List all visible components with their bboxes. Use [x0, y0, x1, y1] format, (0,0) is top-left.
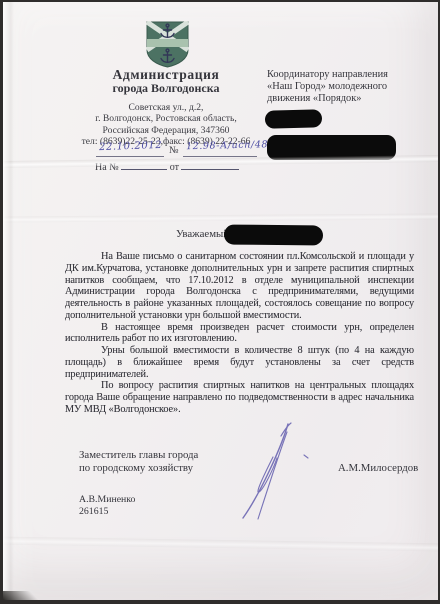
org-address-line: Российская Федерация, 347360 — [55, 125, 277, 136]
signer-position: Заместитель главы города по городскому х… — [79, 449, 198, 475]
letterhead-org-block: Администрация города Волгодонска Советск… — [55, 68, 277, 147]
body-paragraph: В настоящее время произведен расчет стои… — [65, 322, 414, 346]
outgoing-date-handwritten: 22.10.2012 — [99, 140, 163, 153]
body-paragraph: На Ваше письмо о санитарном состоянии пл… — [65, 251, 414, 322]
body-paragraph: Урны большой вместимости в количестве 8 … — [65, 345, 414, 380]
letter-body: На Ваше письмо о санитарном состоянии пл… — [65, 251, 414, 416]
addressee-line: Координатору направления — [267, 69, 429, 81]
org-address-line: Советская ул., д.2, — [55, 102, 277, 113]
org-name-city: города Волгодонска — [55, 82, 277, 95]
letter-paper: Администрация города Волгодонска Советск… — [3, 2, 438, 600]
addressee-line: движения «Порядок» — [267, 93, 429, 105]
signer-position-line2: по городскому хозяйству — [79, 462, 198, 475]
paper-fold-crease — [3, 213, 438, 222]
ref-na-label: На № — [95, 162, 119, 173]
photo-corner-shadow — [3, 591, 45, 600]
number-blank-line — [183, 156, 257, 157]
executor-block: А.В.Миненко 261615 — [79, 494, 135, 517]
date-blank-line — [96, 156, 164, 157]
reference-line: На № от — [95, 160, 239, 173]
ref-date-blank — [181, 160, 239, 170]
redaction-bar-salutation-name — [224, 224, 323, 245]
letter-photo: { "letterhead": { "emblem_icon": "volgod… — [0, 0, 440, 604]
ref-number-blank — [121, 160, 167, 170]
addressee-line: «Наш Город» молодежного — [267, 81, 429, 93]
addressee-block: Координатору направления«Наш Город» моло… — [267, 69, 429, 104]
redaction-bar-name — [265, 109, 322, 128]
paper-edge-highlight — [3, 2, 14, 600]
salutation-prefix: Уважаемый — [176, 228, 229, 240]
executor-name: А.В.Миненко — [79, 494, 135, 506]
handwritten-signature-ink — [203, 402, 333, 522]
redaction-bar-address — [267, 135, 396, 160]
ref-ot-label: от — [170, 162, 179, 173]
paper-fold-crease — [3, 537, 438, 552]
signer-position-line1: Заместитель главы города — [79, 449, 198, 462]
org-name: Администрация — [55, 68, 277, 82]
signer-name: А.М.Милосердов — [338, 462, 418, 474]
number-sign: № — [169, 145, 179, 156]
org-address-line: г. Волгодонск, Ростовская область, — [55, 113, 277, 124]
volgodonsk-coat-of-arms-icon — [146, 21, 189, 68]
executor-phone: 261615 — [79, 506, 135, 518]
